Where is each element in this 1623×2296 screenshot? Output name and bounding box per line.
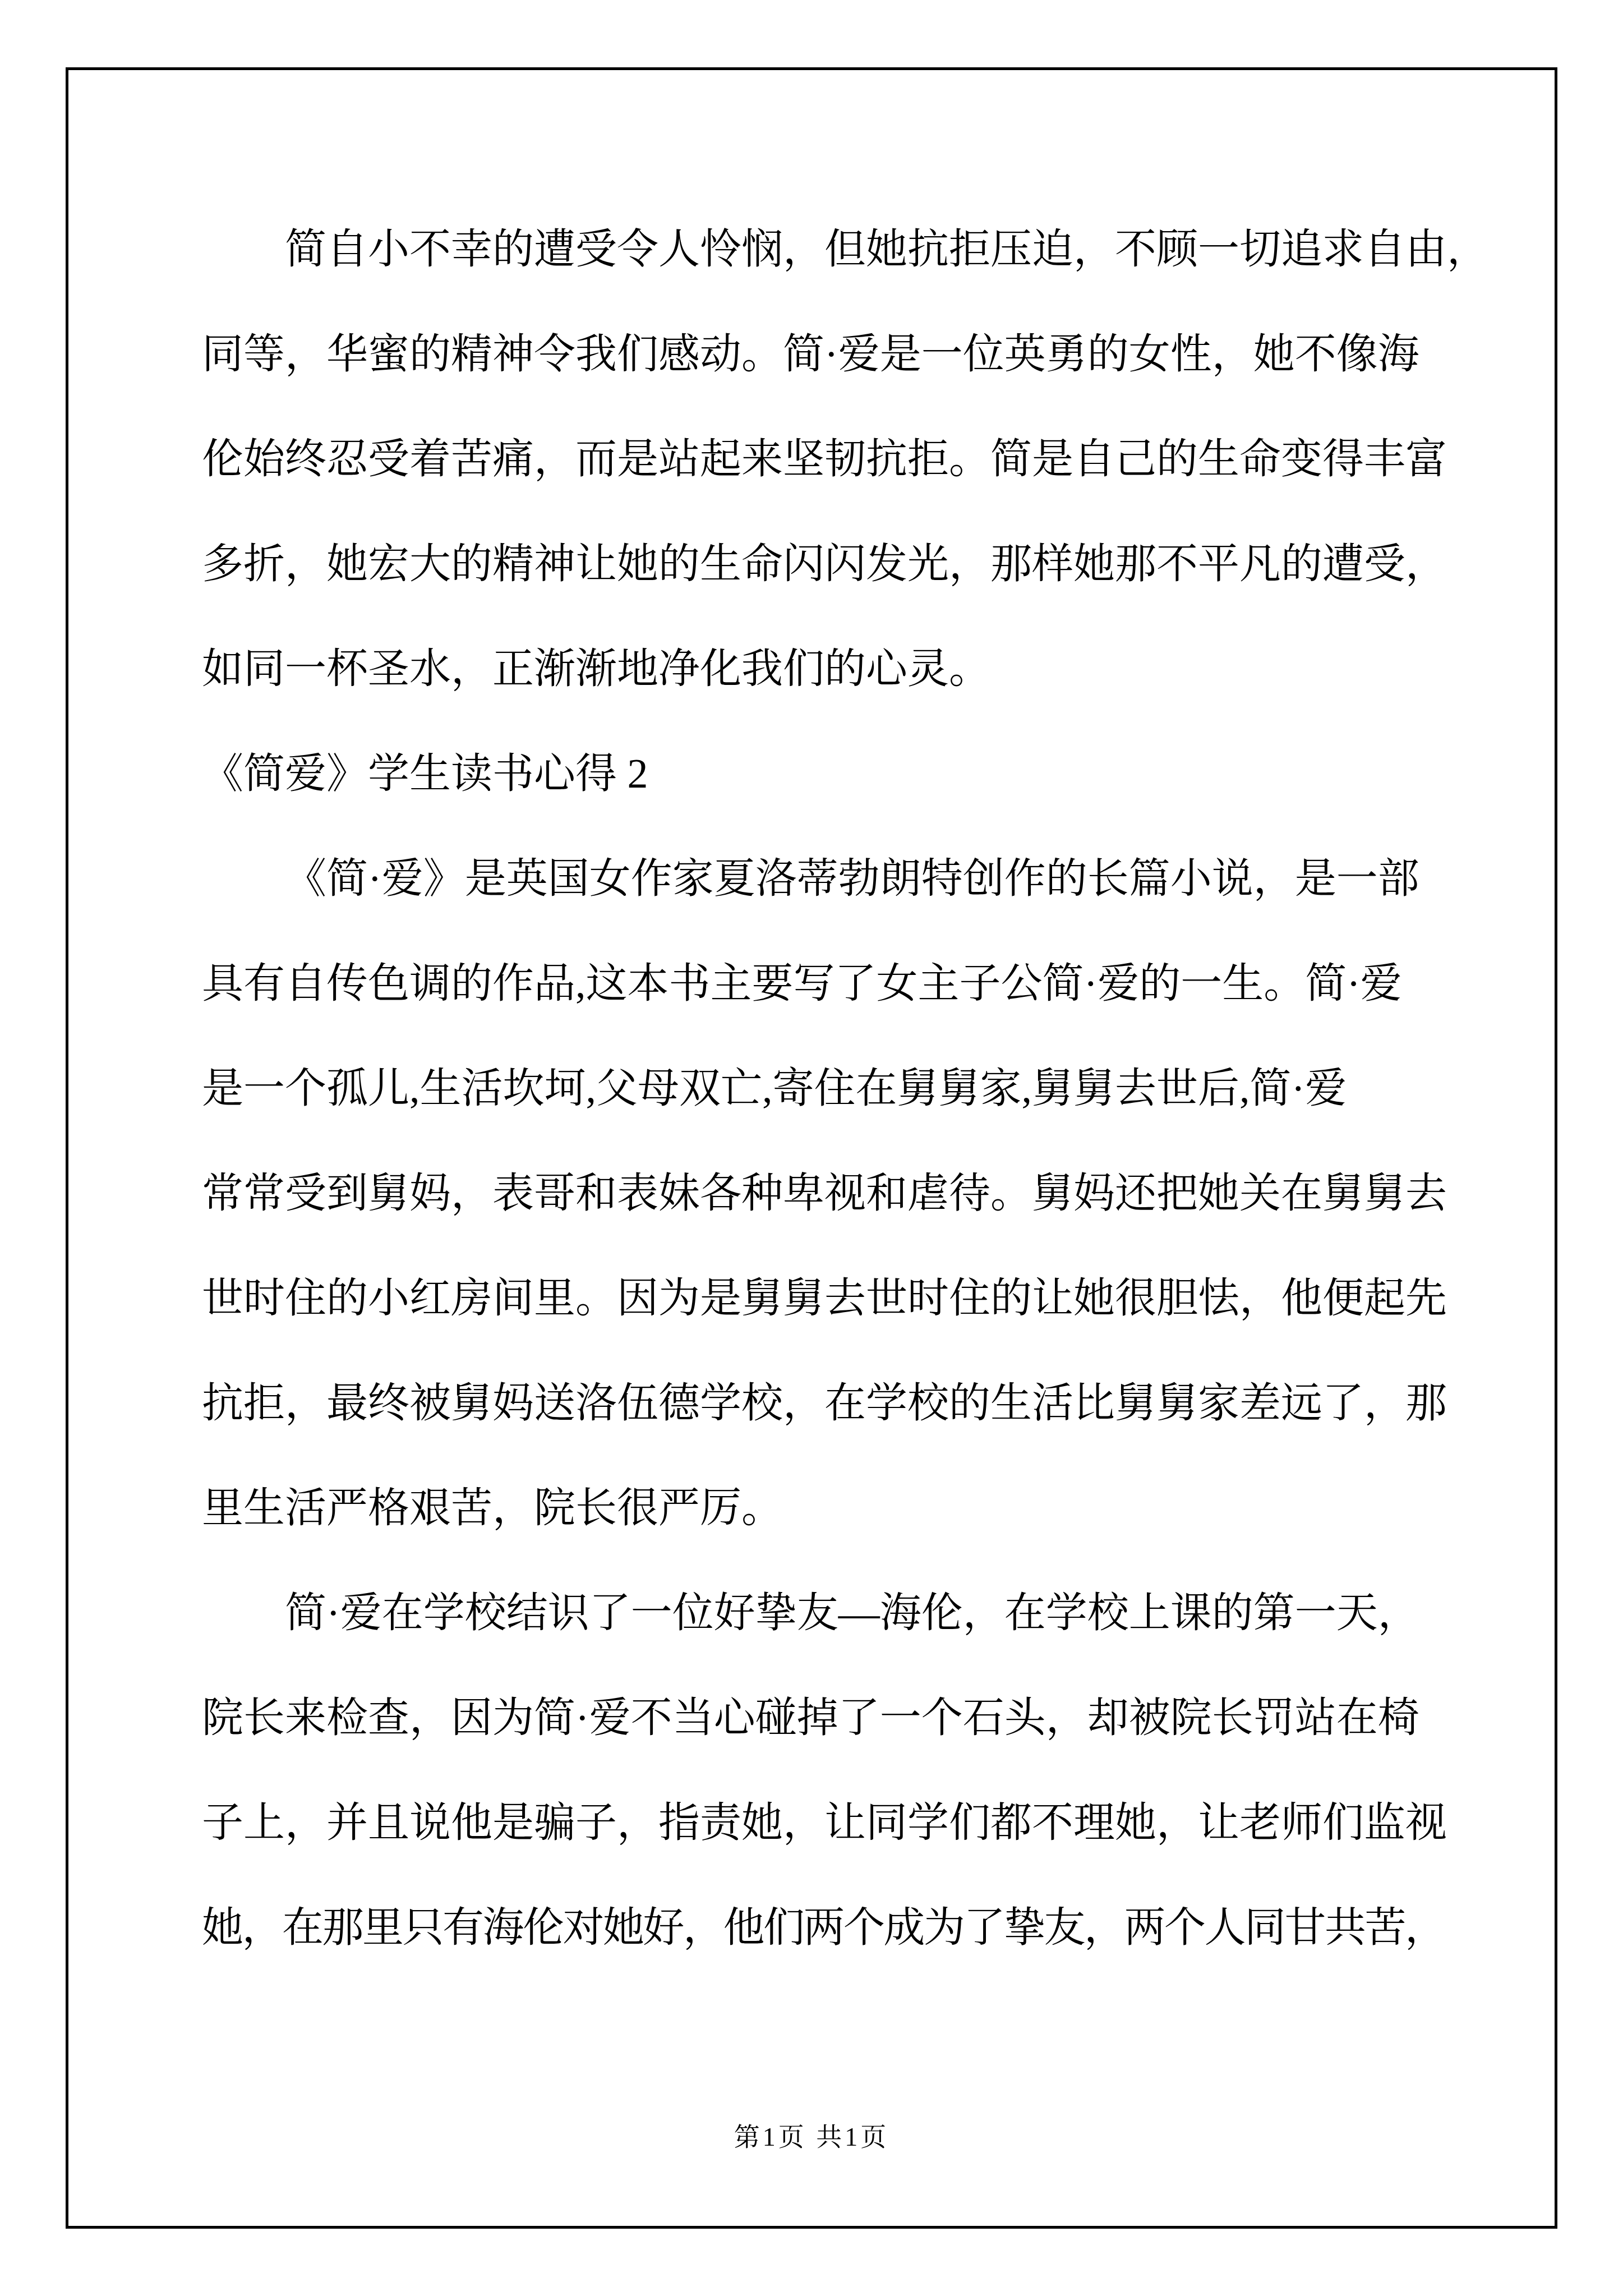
text-line: 院长来检查，因为简·爱不当心碰掉了一个石头，却被院长罚站在椅 [202,1666,1453,1771]
text-line: 世时住的小红房间里。因为是舅舅去世时住的让她很胆怯，他便起先 [202,1246,1453,1351]
text-line: 多折，她宏大的精神让她的生命闪闪发光，那样她那不平凡的遭受， [202,512,1453,617]
text-line: 《简·爱》是英国女作家夏洛蒂勃朗特创作的长篇小说，是一部 [202,827,1453,932]
text-line: 伦始终忍受着苦痛，而是站起来坚韧抗拒。简是自己的生命变得丰富 [202,407,1453,512]
text-line: 里生活严格艰苦，院长很严厉。 [202,1456,1453,1561]
text-line: 常常受到舅妈，表哥和表妹各种卑视和虐待。舅妈还把她关在舅舅去 [202,1142,1453,1246]
text-line: 具有自传色调的作品,这本书主要写了女主子公简·爱的一生。简·爱 [202,932,1453,1037]
text-line: 她，在那里只有海伦对她好，他们两个成为了挚友，两个人同甘共苦， [202,1876,1453,1981]
document-text: 简自小不幸的遭受令人怜悯，但她抗拒压迫，不顾一切追求自由， 同等，华蜜的精神令我… [202,197,1453,1981]
text-line: 抗拒，最终被舅妈送洛伍德学校，在学校的生活比舅舅家差远了，那 [202,1351,1453,1456]
document-page: 简自小不幸的遭受令人怜悯，但她抗拒压迫，不顾一切追求自由， 同等，华蜜的精神令我… [0,0,1623,2296]
text-line: 子上，并且说他是骗子，指责她，让同学们都不理她，让老师们监视 [202,1771,1453,1876]
text-line: 简·爱在学校结识了一位好挚友—海伦，在学校上课的第一天， [202,1561,1453,1666]
text-line: 同等，华蜜的精神令我们感动。简·爱是一位英勇的女性，她不像海 [202,302,1453,407]
section-heading: 《简爱》学生读书心得 2 [202,722,1453,827]
page-footer: 第1页 共1页 [0,2122,1623,2153]
text-line: 是一个孤儿,生活坎坷,父母双亡,寄住在舅舅家,舅舅去世后,简·爱 [202,1037,1453,1142]
text-line: 如同一杯圣水，正渐渐地净化我们的心灵。 [202,617,1453,722]
text-line: 简自小不幸的遭受令人怜悯，但她抗拒压迫，不顾一切追求自由， [202,197,1453,302]
